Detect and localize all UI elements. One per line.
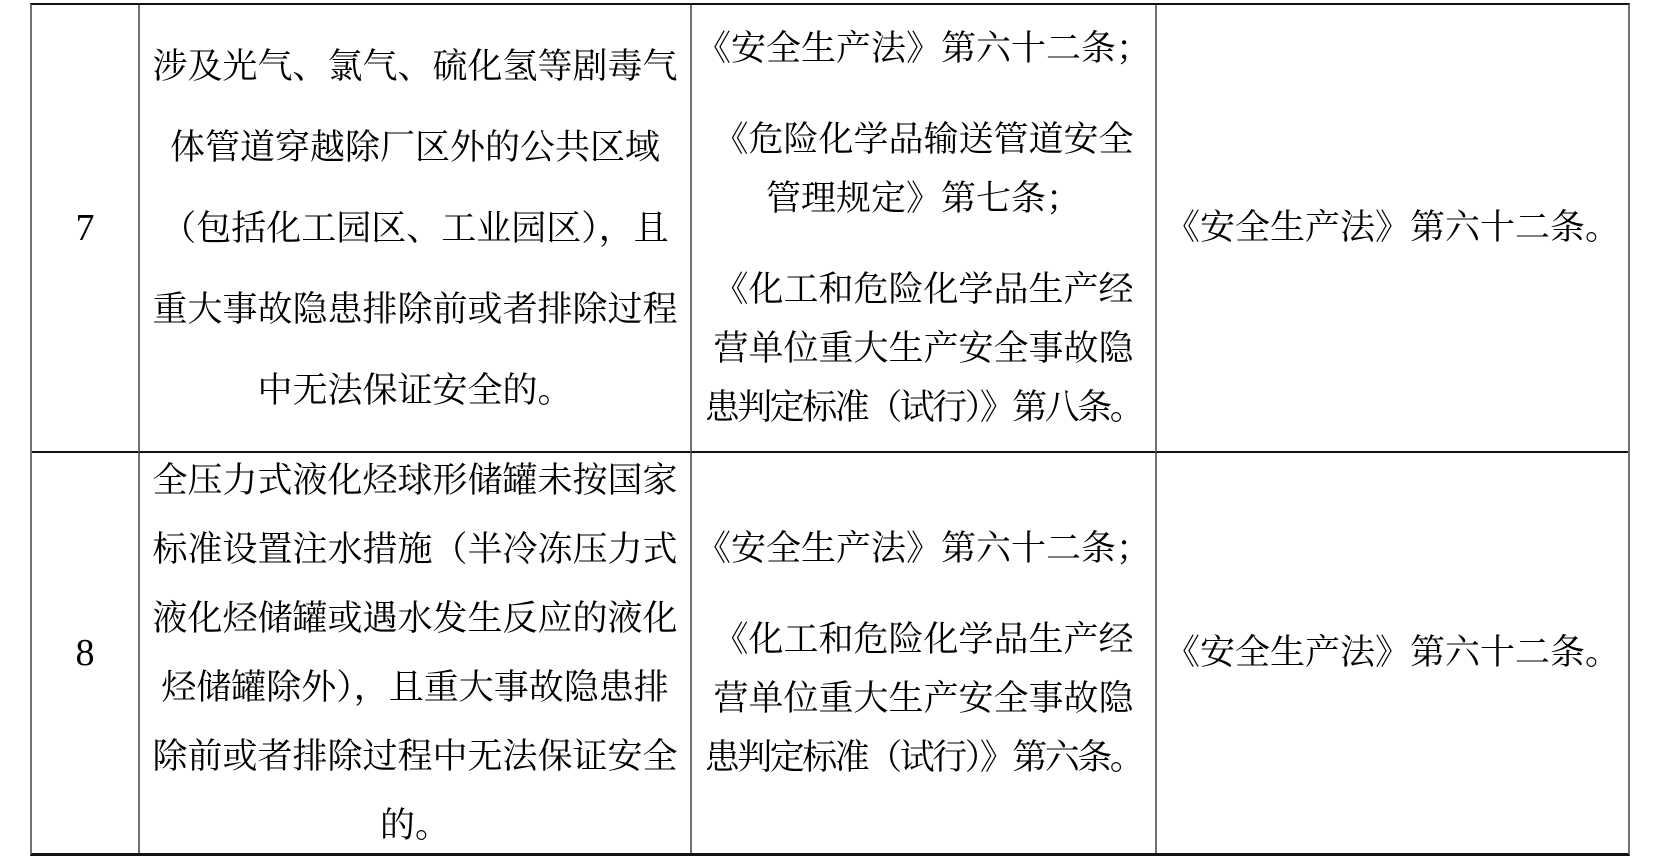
citation-paragraph: 《化工和危险化学品生产经 营单位重大生产安全事故隐 患判定标准（试行）》第六条。 <box>705 610 1143 787</box>
citation-line: 《危险化学品输送管道安全 <box>713 110 1133 169</box>
hidden-danger-regulation-table: 7 涉及光气、氯气、硫化氢等剧毒气 体管道穿越除厂区外的公共区域 （包括化工园区… <box>30 3 1630 856</box>
citation-line: 《安全生产法》第六十二条； <box>696 519 1151 578</box>
description-line: 的。 <box>380 791 450 853</box>
row-7-description-cell: 涉及光气、氯气、硫化氢等剧毒气 体管道穿越除厂区外的公共区域 （包括化工园区、工… <box>138 5 690 453</box>
citation-paragraph: 《安全生产法》第六十二条； <box>696 519 1151 578</box>
row-7-legal-basis-cell: 《安全生产法》第六十二条； 《危险化学品输送管道安全 管理规定》第七条； 《化工… <box>690 5 1155 453</box>
reference-citation: 《安全生产法》第六十二条。 <box>1165 204 1620 252</box>
description-line: 液化烃储罐或遇水发生反应的液化 <box>152 584 677 653</box>
citation-paragraph: 《安全生产法》第六十二条； <box>696 19 1151 78</box>
description-line: 全压力式液化烃球形储罐未按国家 <box>152 453 677 515</box>
description-line: 标准设置注水措施（半冷冻压力式 <box>152 515 677 584</box>
citation-line: 营单位重大生产安全事故隐 <box>705 669 1143 728</box>
citation-line: 《安全生产法》第六十二条； <box>696 19 1151 78</box>
citation-paragraph: 《危险化学品输送管道安全 管理规定》第七条； <box>713 110 1133 228</box>
citation-line: 患判定标准（试行）》第八条。 <box>705 378 1143 437</box>
row-7-number-cell: 7 <box>32 5 138 453</box>
description-line: （包括化工园区、工业园区），且 <box>161 188 669 269</box>
row-8-number-cell: 8 <box>32 453 138 853</box>
row-7-reference-cell: 《安全生产法》第六十二条。 <box>1155 5 1628 453</box>
citation-line: 营单位重大生产安全事故隐 <box>705 319 1143 378</box>
description-line: 体管道穿越除厂区外的公共区域 <box>170 107 660 188</box>
row-8-description-cell: 全压力式液化烃球形储罐未按国家 标准设置注水措施（半冷冻压力式 液化烃储罐或遇水… <box>138 453 690 853</box>
row-8-reference-cell: 《安全生产法》第六十二条。 <box>1155 453 1628 853</box>
row-8-legal-basis-cell: 《安全生产法》第六十二条； 《化工和危险化学品生产经 营单位重大生产安全事故隐 … <box>690 453 1155 853</box>
citation-line: 管理规定》第七条； <box>713 169 1133 228</box>
description-line: 重大事故隐患排除前或者排除过程 <box>152 269 677 350</box>
citation-line: 《化工和危险化学品生产经 <box>705 610 1143 669</box>
citation-paragraph: 《化工和危险化学品生产经 营单位重大生产安全事故隐 患判定标准（试行）》第八条。 <box>705 260 1143 437</box>
description-line: 涉及光气、氯气、硫化氢等剧毒气 <box>152 26 677 107</box>
description-line: 烃储罐除外），且重大事故隐患排 <box>161 653 669 722</box>
row-number: 7 <box>76 206 95 250</box>
reference-citation: 《安全生产法》第六十二条。 <box>1165 629 1620 677</box>
citation-line: 患判定标准（试行）》第六条。 <box>705 728 1143 787</box>
description-line: 中无法保证安全的。 <box>257 350 572 431</box>
citation-line: 《化工和危险化学品生产经 <box>705 260 1143 319</box>
description-line: 除前或者排除过程中无法保证安全 <box>152 722 677 791</box>
row-number: 8 <box>76 631 95 675</box>
